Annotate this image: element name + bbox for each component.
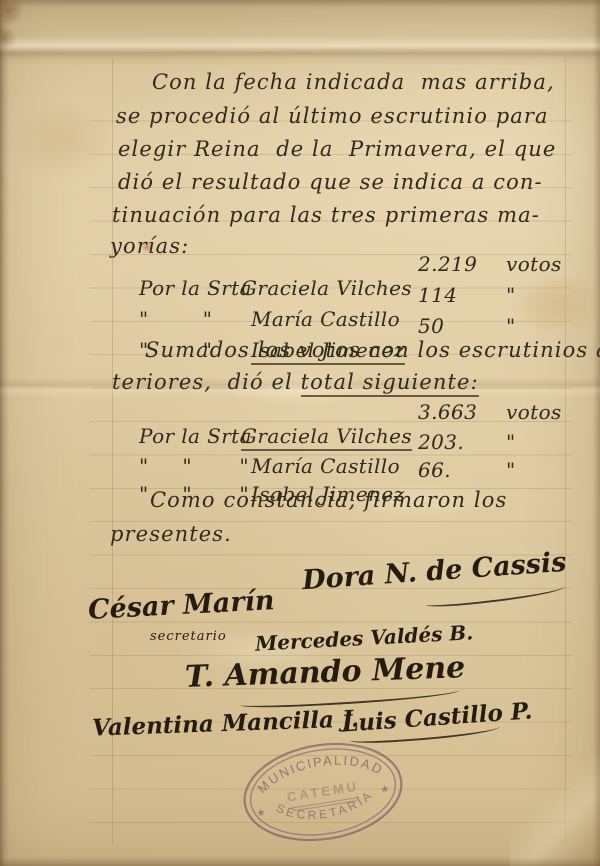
summary-line: Sumados los votos con los escrutinios an… (145, 340, 600, 361)
vote-count: 203. (418, 430, 464, 454)
municipal-stamp: MUNICIPALIDAD CATEMU SECRETARÍA ★ ★ (231, 727, 415, 856)
vote-unit: votos (506, 252, 562, 276)
signature-mercedes: Mercedes Valdés B. (255, 622, 474, 653)
signature-cesar: César Marín (87, 587, 275, 624)
vote-count: 2.219 (418, 252, 477, 276)
stamp-star-left: ★ (256, 807, 267, 819)
vote-count: 50 (418, 314, 444, 338)
closing-line: presentes. (110, 524, 232, 545)
document-page: Con la fecha indicada mas arriba, se pro… (0, 0, 600, 866)
summary-line-underlined: total siguiente: (301, 370, 479, 397)
opening-line: elegir Reina de la Primavera, el que (118, 139, 556, 160)
vote-unit: " (506, 314, 516, 338)
vote-unit: " (506, 283, 516, 307)
vote-unit: votos (506, 400, 562, 424)
vote-unit: " (506, 458, 516, 482)
stamp-star-right: ★ (380, 784, 391, 796)
summary-line-plain: teriores, dió el (112, 370, 301, 394)
summary-line: teriores, dió el total siguiente: (112, 372, 479, 393)
vote-unit: " (506, 430, 516, 454)
vote-count: 66. (418, 458, 451, 482)
signature-amando: T. Amando Mene (185, 653, 466, 693)
signature-valentina: Valentina Mancilla J. (92, 707, 360, 739)
opening-line: se procedió al último escrutinio para (116, 106, 549, 127)
closing-line: Como constancia, firmaron los (150, 490, 507, 511)
opening-line: tinuación para las tres primeras ma- (112, 205, 540, 226)
vote-count: 114 (418, 283, 457, 307)
fold-crease-top (0, 36, 600, 66)
signature-role-secretario: secretario (150, 630, 227, 643)
corner-fold (510, 756, 600, 866)
opening-line: dió el resultado que se indica a con- (118, 172, 543, 193)
vote-count: 3.663 (418, 400, 477, 424)
signature-flourish (425, 583, 565, 610)
opening-line: Con la fecha indicada mas arriba, (152, 72, 555, 93)
